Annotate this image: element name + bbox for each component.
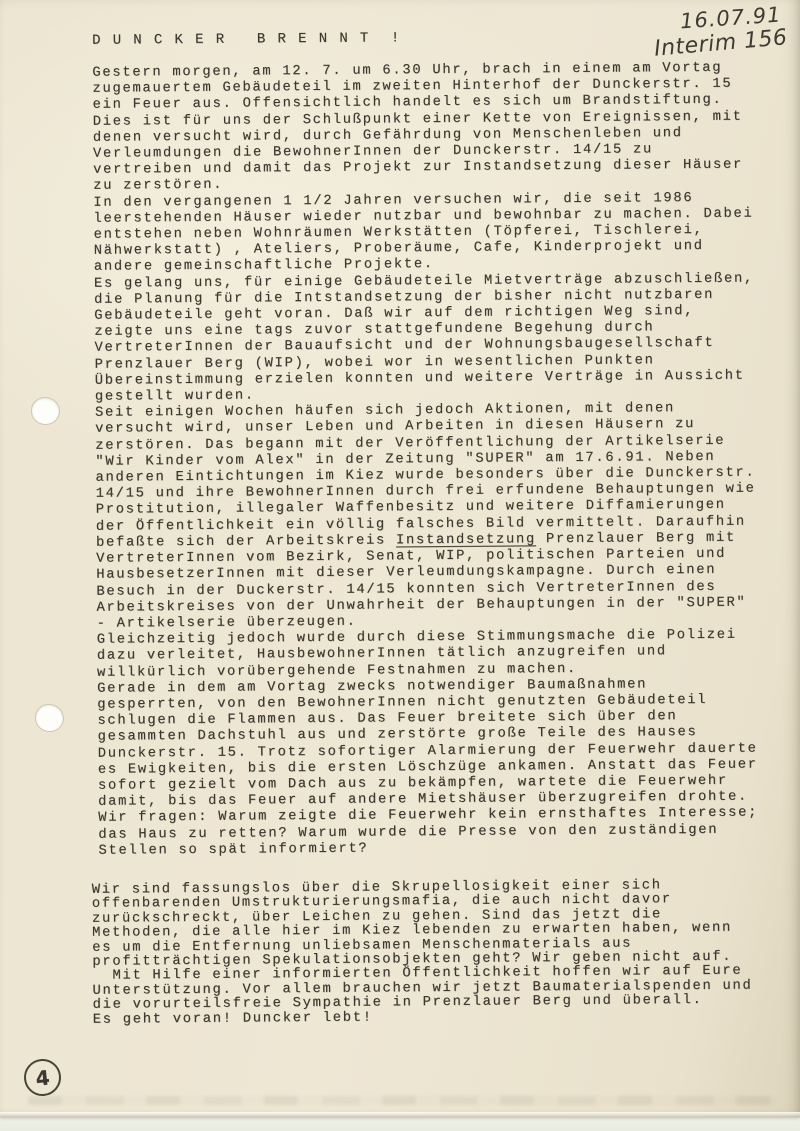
underlined-word: Instandsetzung [396, 532, 536, 548]
page-number: 4 [34, 1065, 50, 1090]
closing-section: Wir sind fassungslos über die Skrupellos… [92, 878, 795, 1028]
paragraph-4-start: Seit einigen Wochen häufen sich jedoch A… [95, 401, 756, 550]
paragraph-5: Gleichzeitig jedoch wurde durch diese St… [97, 627, 792, 681]
paragraph-2: In den vergangenen 1 1/2 Jahren versuche… [93, 190, 789, 276]
paragraph-4: Seit einigen Wochen häufen sich jedoch A… [95, 401, 792, 633]
paragraph-1: Gestern morgen, am 12. 7. um 6.30 Uhr, b… [92, 60, 788, 195]
typed-text-block: D U N C K E R B R E N N T ! Gestern morg… [92, 27, 795, 1027]
paragraph-3: Es gelang uns, für einige Gebäudeteile M… [94, 271, 790, 406]
paragraph-7: Wir sind fassungslos über die Skrupellos… [92, 878, 795, 1028]
ink-bleed-through [28, 1096, 776, 1105]
document-body: Gestern morgen, am 12. 7. um 6.30 Uhr, b… [92, 60, 793, 859]
paragraph-6: Gerade in dem am Vortag zwecks notwendig… [97, 676, 793, 860]
paper-bottom-edge [0, 1112, 800, 1118]
hole-punch-top [32, 398, 59, 424]
